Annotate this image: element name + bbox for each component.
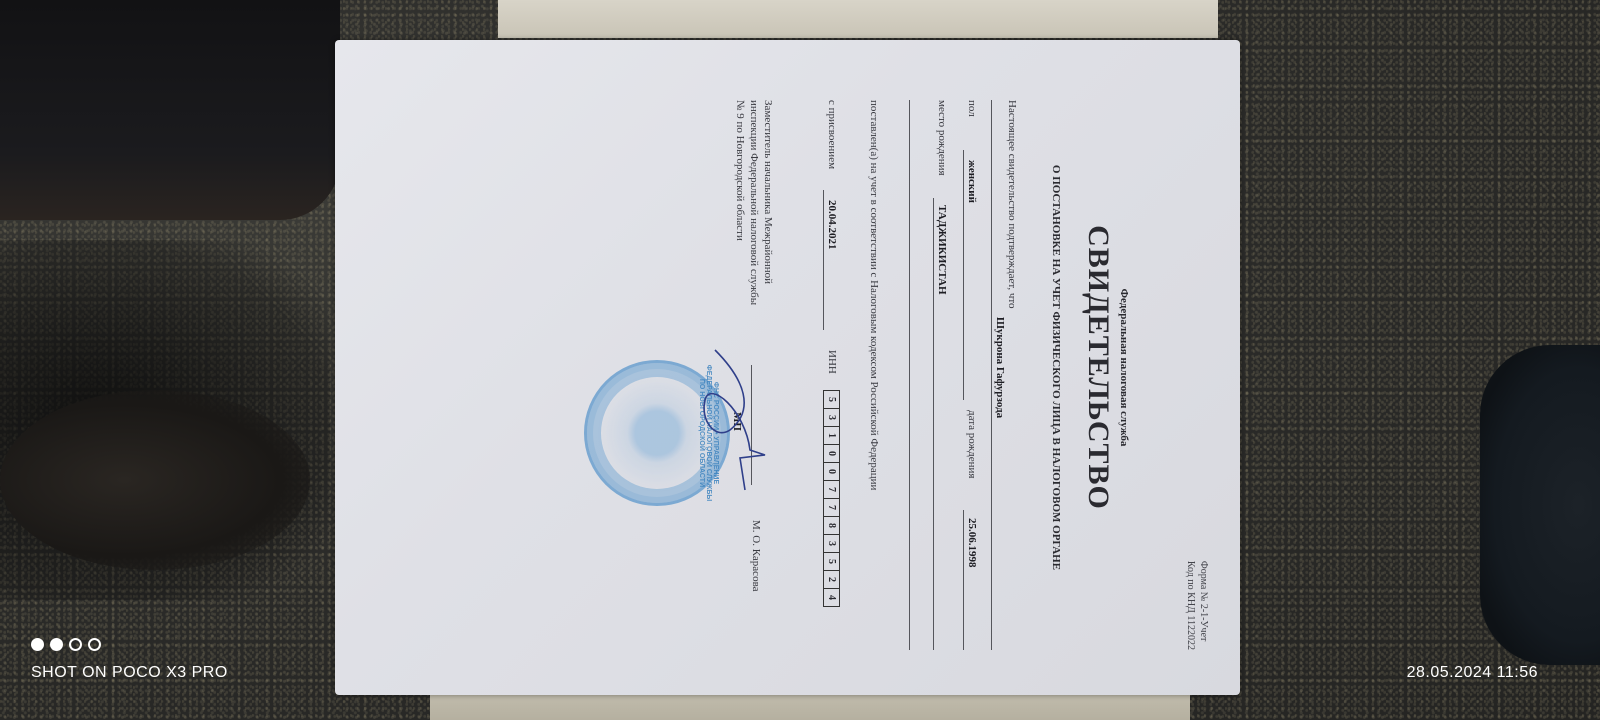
camera-watermark-dots <box>31 638 101 651</box>
assigned-date: 20.04.2021 <box>826 200 838 250</box>
name-underline <box>991 100 992 650</box>
blank-underline <box>909 100 910 650</box>
watermark-dot <box>69 638 82 651</box>
inn-digit: 3 <box>824 409 839 427</box>
birthplace-label: место рождения <box>936 100 948 176</box>
inn-digit: 1 <box>824 427 839 445</box>
inn-digit: 3 <box>824 535 839 553</box>
photo-timestamp: 28.05.2024 11:56 <box>1407 664 1538 682</box>
inn-digit: 2 <box>824 571 839 589</box>
watermark-dot <box>88 638 101 651</box>
signer-name: М. О. Карасова <box>750 520 762 592</box>
inn-digit: 8 <box>824 517 839 535</box>
birthplace-value: ТАДЖИКИСТАН <box>936 205 948 295</box>
intro-text: Настоящее свидетельство подтверждает, чт… <box>1006 100 1018 309</box>
person-name: Шукрона Гафурзода <box>994 40 1006 695</box>
cardboard-top <box>498 0 1218 38</box>
shoe-right <box>1480 345 1600 665</box>
tax-certificate-paper: Форма № 2-1-Учет Код по КНД 1122022 Феде… <box>335 40 1240 695</box>
inn-digit: 7 <box>824 499 839 517</box>
signer-title-line3: № 9 по Новгородской области <box>733 100 747 305</box>
inn-number: 531007783524 <box>823 390 840 607</box>
form-number: Форма № 2-1-Учет <box>1197 561 1210 650</box>
form-identifier: Форма № 2-1-Учет Код по КНД 1122022 <box>1184 561 1210 650</box>
sex-underline <box>963 150 964 400</box>
dob-label: дата рождения <box>966 410 978 478</box>
inn-digit: 0 <box>824 463 839 481</box>
sex-label: пол <box>966 100 978 117</box>
registered-text: поставлен(а) на учет в соответствии с На… <box>868 100 880 490</box>
watermark-dot <box>50 638 63 651</box>
birthplace-underline <box>933 198 934 650</box>
document-subtitle: О ПОСТАНОВКЕ НА УЧЕТ ФИЗИЧЕСКОГО ЛИЦА В … <box>1050 40 1062 695</box>
signer-title: Заместитель начальника Межрайонной инспе… <box>733 100 775 305</box>
document-content: Форма № 2-1-Учет Код по КНД 1122022 Феде… <box>335 40 1240 695</box>
inn-digit: 7 <box>824 481 839 499</box>
inn-digit: 0 <box>824 445 839 463</box>
shoe-bottom-left <box>0 390 310 570</box>
signer-title-line2: инспекции Федеральной налоговой службы <box>747 100 761 305</box>
signer-title-line1: Заместитель начальника Межрайонной <box>761 100 775 305</box>
sex-value: женский <box>966 160 978 203</box>
document-title: СВИДЕТЕЛЬСТВО <box>1081 40 1115 695</box>
inn-digit: 5 <box>824 553 839 571</box>
dob-underline <box>963 510 964 650</box>
watermark-dot <box>31 638 44 651</box>
shoe-top-left <box>0 0 340 220</box>
camera-watermark: SHOT ON POCO X3 PRO <box>31 664 228 682</box>
agency-name: Федеральная налоговая служба <box>1118 40 1130 695</box>
signature <box>685 340 785 500</box>
knd-code: Код по КНД 1122022 <box>1184 561 1197 650</box>
assigned-label: с присвоением <box>826 100 838 169</box>
assigned-underline <box>823 190 824 330</box>
dob-value: 25.06.1998 <box>966 518 978 568</box>
inn-label: ИНН <box>826 350 838 374</box>
inn-digit: 4 <box>824 589 839 606</box>
inn-digit: 5 <box>824 391 839 409</box>
